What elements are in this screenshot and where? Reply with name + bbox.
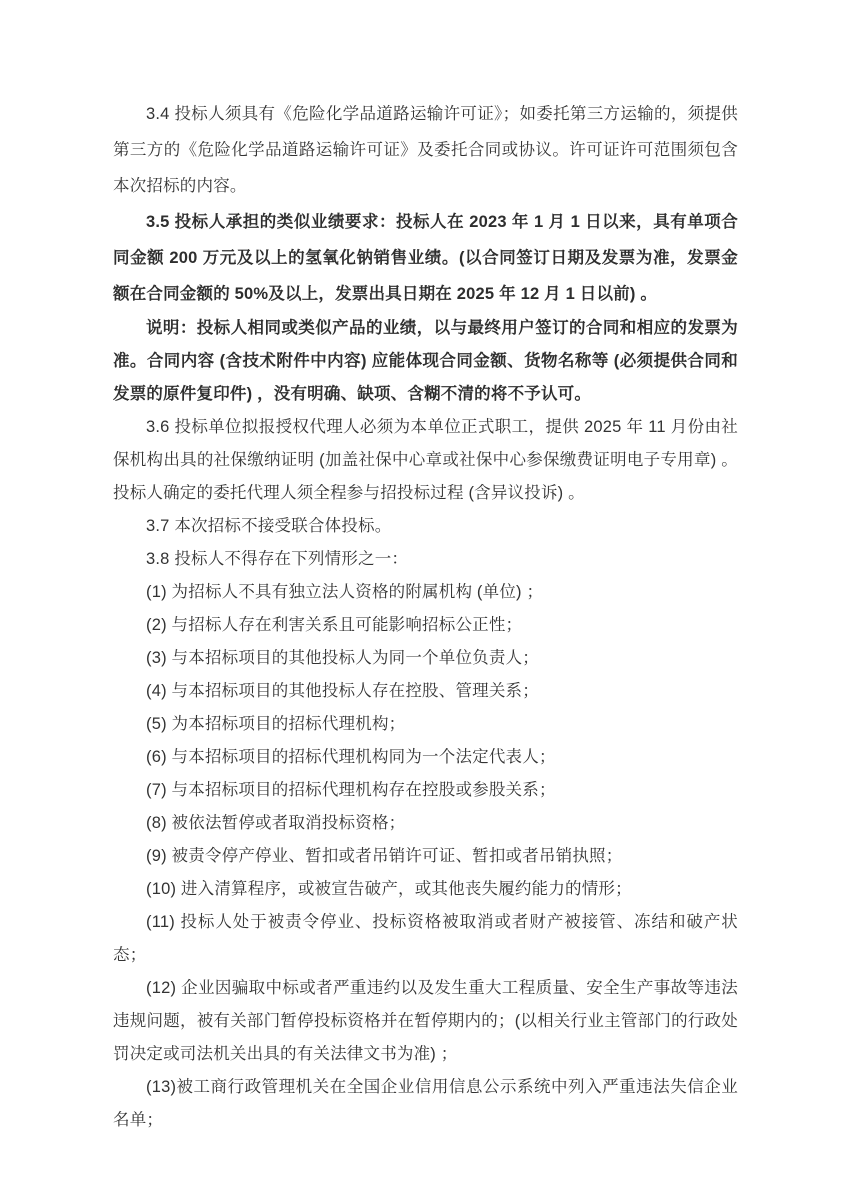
paragraph-note: 说明：投标人相同或类似产品的业绩，以与最终用户签订的合同和相应的发票为准。合同内… xyxy=(113,312,738,411)
list-item-1: (1) 为招标人不具有独立法人资格的附属机构 (单位) ； xyxy=(113,576,738,609)
list-item-2: (2) 与招标人存在利害关系且可能影响招标公正性； xyxy=(113,609,738,642)
list-item-12: (12) 企业因骗取中标或者严重违约以及发生重大工程质量、安全生产事故等违法违规… xyxy=(113,972,738,1071)
list-item-4: (4) 与本招标项目的其他投标人存在控股、管理关系； xyxy=(113,675,738,708)
list-item-3: (3) 与本招标项目的其他投标人为同一个单位负责人； xyxy=(113,642,738,675)
document-body: 3.4 投标人须具有《危险化学品道路运输许可证》；如委托第三方运输的，须提供第三… xyxy=(113,96,738,1137)
list-item-6: (6) 与本招标项目的招标代理机构同为一个法定代表人； xyxy=(113,741,738,774)
paragraph-clause-3-6: 3.6 投标单位拟报授权代理人必须为本单位正式职工，提供 2025 年 11 月… xyxy=(113,411,738,510)
paragraph-clause-3-4: 3.4 投标人须具有《危险化学品道路运输许可证》；如委托第三方运输的，须提供第三… xyxy=(113,96,738,204)
list-item-7: (7) 与本招标项目的招标代理机构存在控股或参股关系； xyxy=(113,774,738,807)
list-item-13: (13)被工商行政管理机关在全国企业信用信息公示系统中列入严重违法失信企业名单； xyxy=(113,1071,738,1137)
paragraph-clause-3-8: 3.8 投标人不得存在下列情形之一： xyxy=(113,543,738,576)
document-page: 3.4 投标人须具有《危险化学品道路运输许可证》；如委托第三方运输的，须提供第三… xyxy=(0,0,848,1200)
paragraph-clause-3-7: 3.7 本次招标不接受联合体投标。 xyxy=(113,510,738,543)
list-item-10: (10) 进入清算程序，或被宣告破产，或其他丧失履约能力的情形； xyxy=(113,873,738,906)
list-item-8: (8) 被依法暂停或者取消投标资格； xyxy=(113,807,738,840)
list-item-9: (9) 被责令停产停业、暂扣或者吊销许可证、暂扣或者吊销执照； xyxy=(113,840,738,873)
paragraph-clause-3-5: 3.5 投标人承担的类似业绩要求：投标人在 2023 年 1 月 1 日以来，具… xyxy=(113,204,738,312)
list-item-5: (5) 为本招标项目的招标代理机构； xyxy=(113,708,738,741)
list-item-11: (11) 投标人处于被责令停业、投标资格被取消或者财产被接管、冻结和破产状态； xyxy=(113,906,738,972)
